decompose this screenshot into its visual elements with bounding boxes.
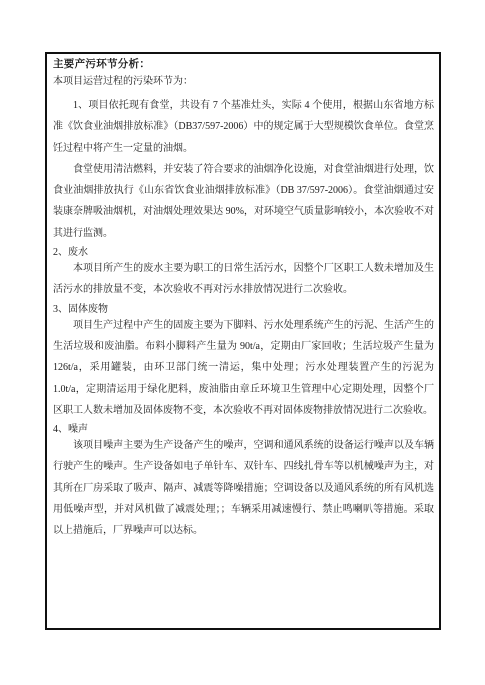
paragraph-solid-waste: 项目生产过程中产生的固废主要为下脚料、污水处理系统产生的污泥、生活产生的生活垃圾… (53, 315, 434, 421)
paragraph-canteen-fume-2: 食堂使用清洁燃料，并安装了符合要求的油烟净化设施，对食堂油烟进行处理，饮食业油烟… (53, 159, 434, 244)
section-title: 主要产污环节分析： (53, 57, 434, 73)
paragraph-noise: 该项目噪声主要为生产设备产生的噪声，空调和通风系统的设备运行噪声以及车辆行驶产生… (53, 435, 434, 541)
paragraph-wastewater: 本项目所产生的废水主要为职工的日常生活污水，因整个厂区职工人数未增加及生活污水的… (53, 258, 434, 301)
analysis-table-cell: 主要产污环节分析： 本项目运营过程的污染环节为： 1、项目依托现有食堂，共设有 … (45, 52, 441, 630)
document-page: 主要产污环节分析： 本项目运营过程的污染环节为： 1、项目依托现有食堂，共设有 … (0, 0, 485, 685)
paragraph-canteen-fume-1: 1、项目依托现有食堂，共设有 7 个基准灶头，实际 4 个使用，根据山东省地方标… (53, 95, 434, 159)
intro-line: 本项目运营过程的污染环节为： (53, 73, 434, 90)
